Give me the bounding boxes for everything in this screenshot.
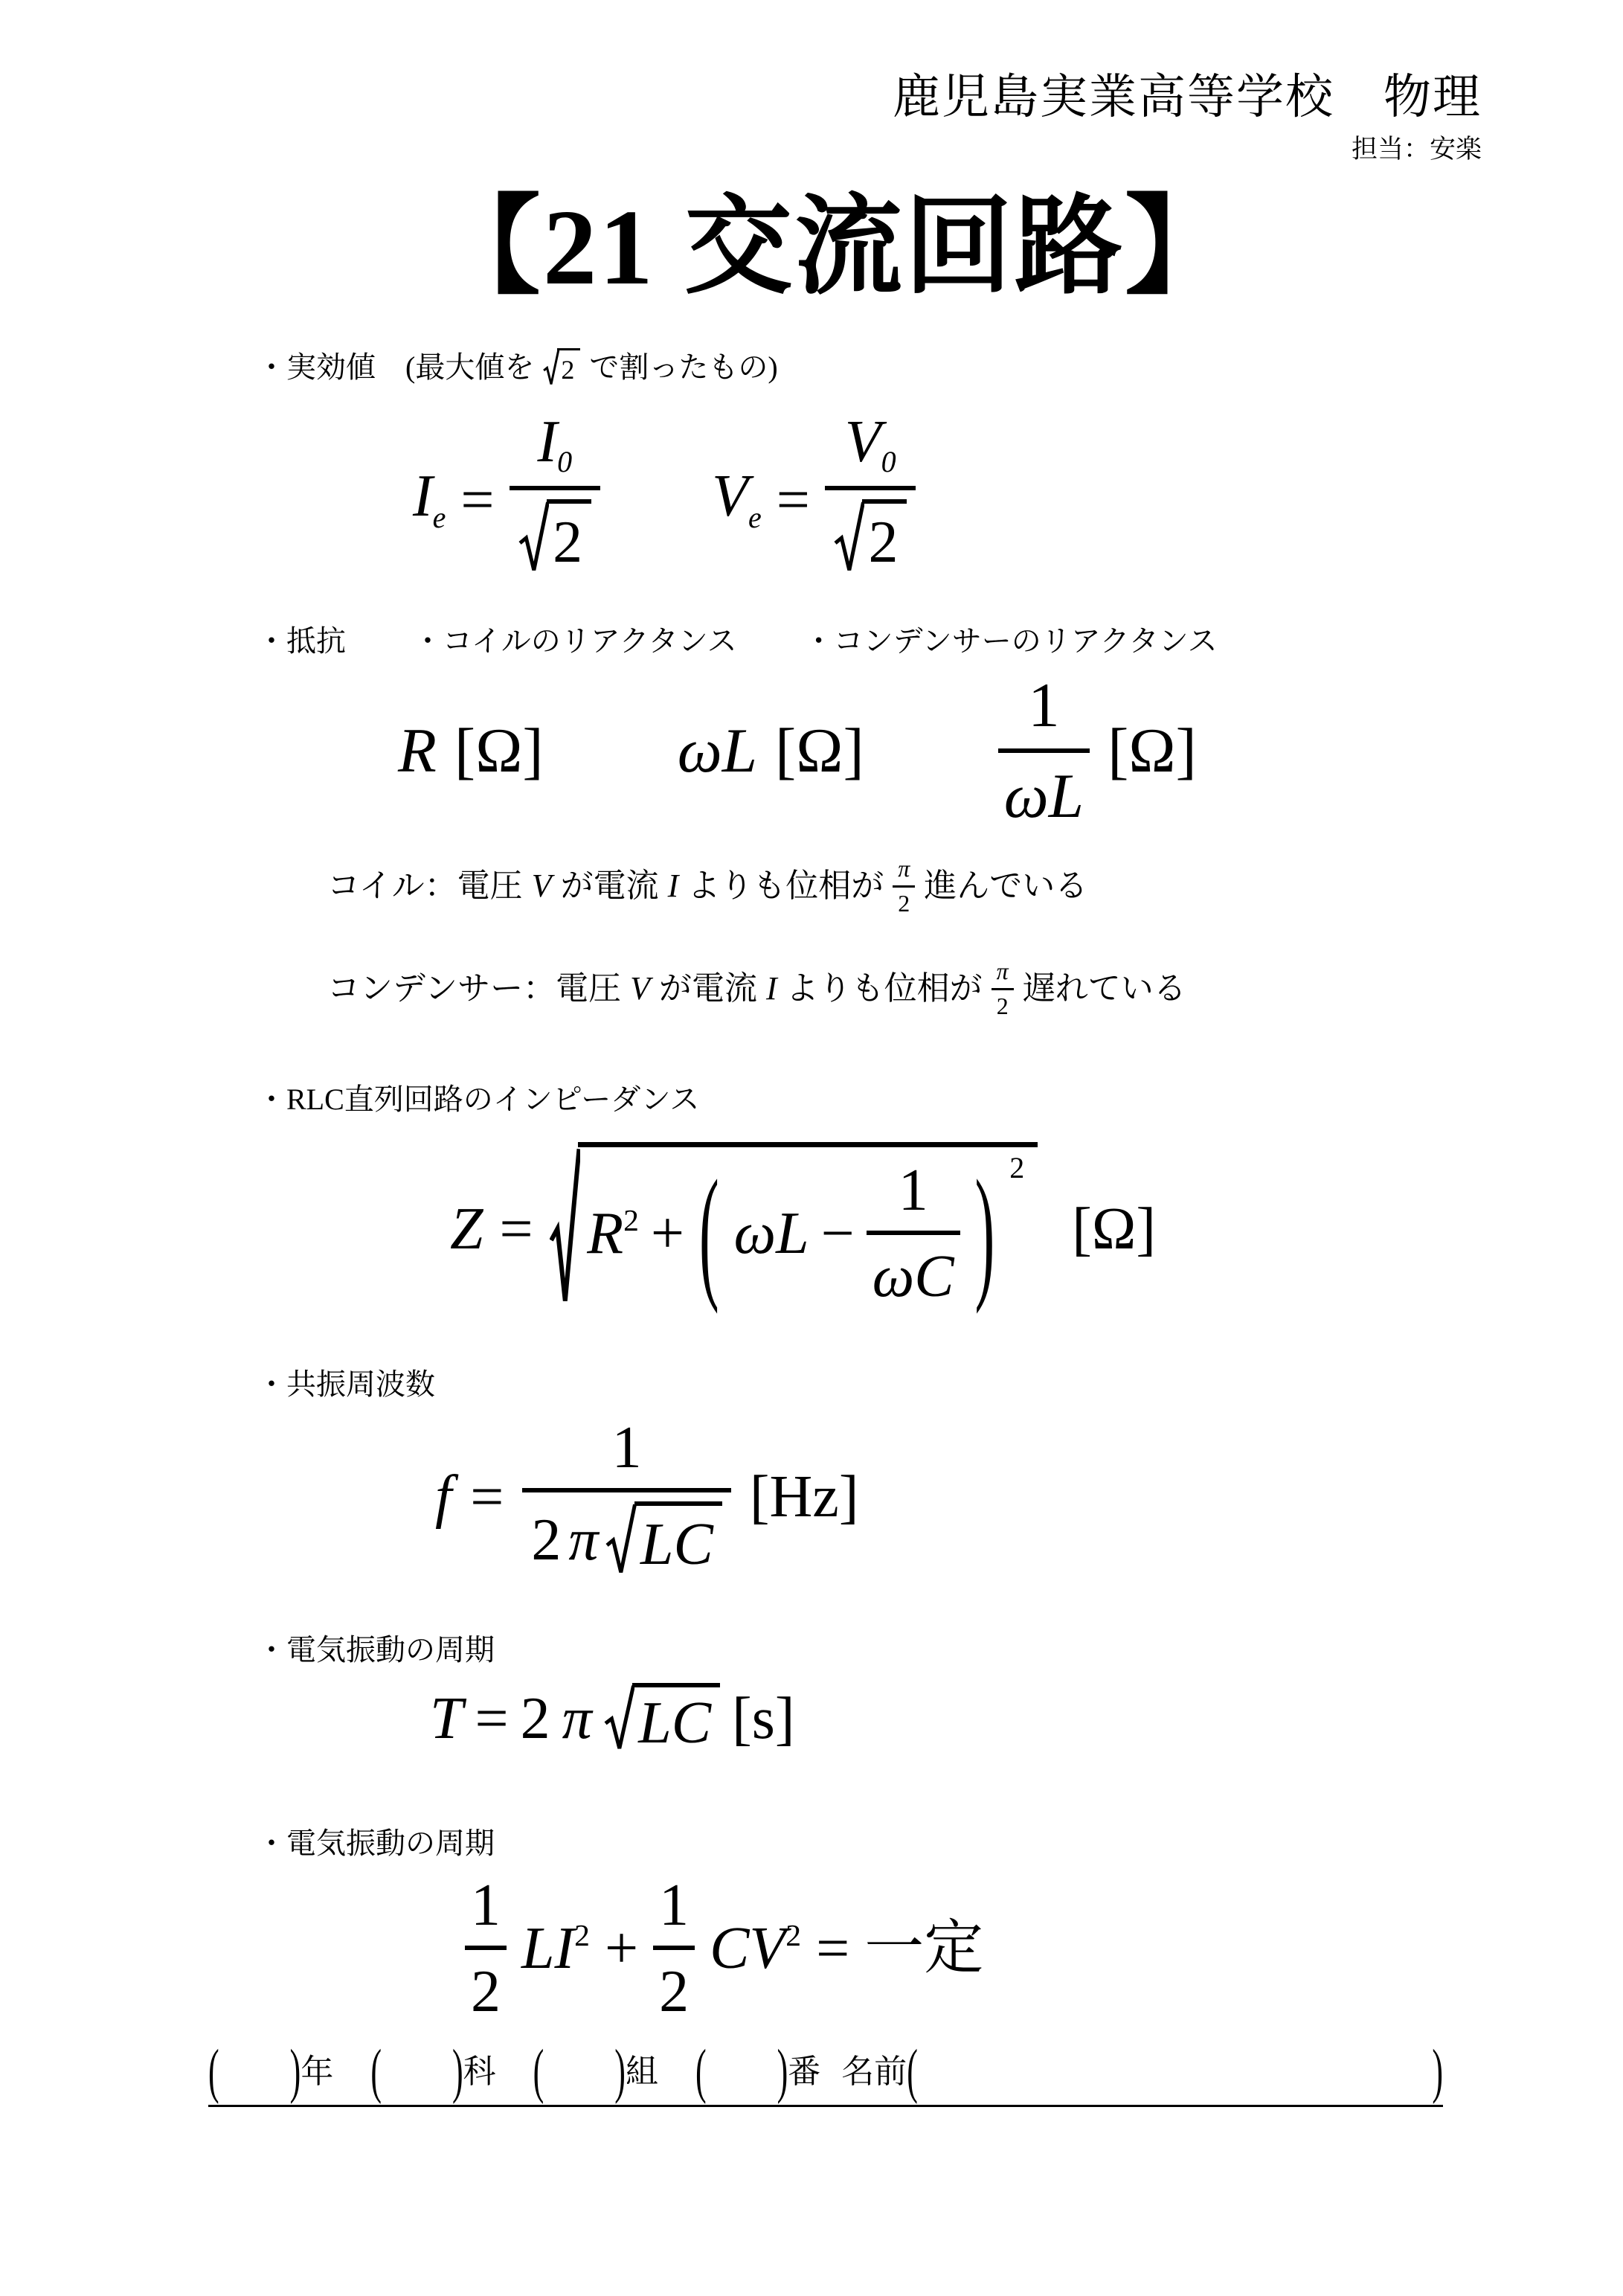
phase-coil-mid1: が電流	[561, 867, 659, 906]
var-Ve: Ve	[712, 466, 762, 533]
sub-0: 0	[557, 445, 572, 478]
var-Ie: Ie	[413, 466, 446, 533]
equals-sign: =	[816, 1919, 849, 1978]
sqrt-arg: 2	[862, 499, 907, 577]
term-CV-squared: CV2	[710, 1919, 801, 1978]
label-class: 組	[626, 2045, 658, 2100]
fraction-numerator: π	[992, 958, 1014, 990]
sup-2: 2	[785, 1918, 801, 1952]
bullet-effective-value-post: で割ったもの)	[589, 348, 777, 387]
var-V: V	[630, 969, 650, 1009]
phase-line-capacitor: コンデンサー：電圧 V が電流 I よりも位相が π 2 遅れている	[327, 958, 1186, 1019]
paren-open: (	[695, 2021, 707, 2123]
fraction-numerator: 1	[465, 1871, 507, 1950]
fraction-denominator: 2	[465, 1950, 507, 2026]
var-Z: Z	[450, 1199, 483, 1259]
school-title: 鹿児島実業高等学校 物理	[893, 71, 1482, 124]
formula-rms-voltage: Ve = V0 2	[712, 408, 916, 591]
bullet-capacitor-reactance: ・コンデンサーのリアクタンス	[804, 622, 1218, 661]
var-L: L	[1049, 761, 1084, 831]
equals-sign: =	[475, 1689, 509, 1748]
sup-2-outer: 2	[1009, 1153, 1024, 1183]
paren-close: )	[1432, 2021, 1443, 2123]
fraction-denominator: ωC	[867, 1235, 960, 1311]
phase-coil-pre: コイル：電圧	[327, 867, 523, 906]
coeff-2: 2	[531, 1507, 561, 1573]
formula-rms-current: Ie = I0 2	[413, 408, 600, 591]
phase-coil-post: 進んでいる	[924, 867, 1087, 906]
constant-label: 一定	[864, 1919, 983, 1978]
fraction-one-half: 1 2	[465, 1871, 507, 2026]
sqrt-LC: LC	[605, 1501, 721, 1579]
formula-rms-row: Ie = I0 2 Ve = V0 2	[413, 408, 916, 591]
phase-cap-post: 遅れている	[1023, 969, 1186, 1009]
fraction-denominator: 2	[653, 1950, 695, 2026]
var-V: V	[712, 464, 748, 529]
sup-2: 2	[574, 1918, 590, 1952]
term-R-squared: R2	[587, 1204, 639, 1263]
fraction-V0-sqrt2: V0 2	[825, 408, 916, 591]
unit-ohm: [Ω]	[1072, 1199, 1156, 1259]
sub-e: e	[433, 501, 446, 534]
var-C: C	[710, 1916, 749, 1981]
var-I: I	[766, 969, 777, 1009]
var-V: V	[532, 867, 552, 906]
var-L: L	[776, 1201, 809, 1266]
coeff-2: 2	[521, 1689, 550, 1748]
paren-open: (	[533, 2021, 544, 2123]
unit-hz: [Hz]	[750, 1467, 859, 1527]
sqrt-sign	[834, 499, 865, 577]
paren-close: )	[777, 2021, 788, 2123]
sqrt-2-inline: 2	[543, 348, 580, 388]
worksheet-page: 鹿児島実業高等学校 物理 担当：安楽 【21 交流回路】 ・実効値 (最大値を …	[0, 0, 1623, 2296]
label-dept: 科	[463, 2045, 496, 2100]
fraction-denominator: 2	[992, 990, 1014, 1020]
var-I: I	[413, 464, 433, 529]
var-I: I	[668, 867, 679, 906]
paren-open: (	[370, 2021, 382, 2123]
var-L: L	[521, 1916, 555, 1981]
sqrt-sign	[518, 499, 550, 577]
formula-oscillation-period: T = 2 π LC [s]	[430, 1683, 795, 1754]
term-omega-L: ωL	[734, 1204, 809, 1263]
label-year: 年	[301, 2045, 333, 2100]
term-LI-squared: LI2	[521, 1919, 590, 1978]
fraction-I0-sqrt2: I0 2	[510, 408, 601, 591]
phase-cap-mid2: よりも位相が	[786, 969, 983, 1009]
phase-coil-mid2: よりも位相が	[687, 867, 884, 906]
bullet-effective-value-pre: ・実効値 (最大値を	[257, 348, 534, 387]
var-V: V	[749, 1916, 785, 1981]
page-title: 【21 交流回路】	[0, 181, 1623, 315]
var-T: T	[430, 1689, 463, 1748]
formula-capacitor-reactance: 1 ωL [Ω]	[998, 670, 1197, 833]
var-I: I	[555, 1916, 575, 1981]
formula-reactance-row: R [Ω] ωL [Ω] 1 ωL [Ω]	[398, 670, 1197, 833]
sqrt-impedance: R2 + ( ωL − 1 ωC ) 2	[550, 1142, 1038, 1315]
bullet-impedance: ・RLC直列回路のインピーダンス	[257, 1080, 699, 1119]
paren-open: (	[907, 2021, 918, 2123]
sup-2: 2	[623, 1203, 639, 1237]
sqrt-sign	[605, 1501, 637, 1579]
fraction-numerator: 1	[998, 670, 1090, 753]
bullet-energy: ・電気振動の周期	[257, 1824, 495, 1863]
fraction-numerator: 1	[867, 1156, 960, 1235]
phase-cap-pre: コンデンサー：電圧	[327, 969, 621, 1009]
denominator-2pi-sqrtLC: 2 π LC	[531, 1501, 722, 1579]
bullet-coil-reactance: ・コイルのリアクタンス	[413, 622, 737, 661]
sub-e: e	[748, 501, 762, 534]
fraction-pi-2: π 2	[992, 958, 1014, 1019]
fraction-numerator: I0	[510, 408, 601, 490]
fraction-1-omegaC: 1 ωC	[867, 1156, 960, 1311]
var-omega: ω	[678, 716, 722, 786]
var-omega: ω	[872, 1244, 914, 1309]
label-name: 名前	[841, 2045, 907, 2100]
var-C: C	[914, 1244, 954, 1309]
sqrt-arg: 2	[557, 348, 580, 388]
sqrt-2: 2	[834, 499, 907, 577]
fraction-numerator: V0	[825, 408, 916, 490]
unit-ohm: [Ω]	[1108, 719, 1197, 783]
var-omega: ω	[734, 1201, 776, 1266]
formula-energy-conservation: 1 2 LI2 + 1 2 CV2 = 一定	[465, 1871, 983, 2026]
var-f: f	[435, 1467, 451, 1527]
phase-cap-mid1: が電流	[659, 969, 757, 1009]
var-R: R	[398, 719, 437, 783]
left-paren: (	[699, 1159, 719, 1308]
equals-sign: =	[500, 1199, 533, 1259]
var-I0: I	[538, 409, 558, 475]
sqrt-arg: LC	[632, 1683, 720, 1754]
fraction-denominator: 2 π LC	[522, 1492, 731, 1580]
label-number: 番	[788, 2045, 820, 2100]
formula-coil-reactance: ωL [Ω]	[678, 719, 864, 783]
sub-0: 0	[881, 445, 896, 478]
var-pi: π	[562, 1689, 592, 1748]
var-L: L	[722, 716, 757, 786]
equals-sign: =	[777, 470, 810, 530]
paren-close: )	[614, 2021, 626, 2123]
var-omega: ω	[1004, 761, 1049, 831]
equals-sign: =	[460, 470, 494, 530]
plus-sign: +	[605, 1919, 638, 1978]
sqrt-2: 2	[518, 499, 592, 577]
unit-s: [s]	[732, 1689, 794, 1748]
bullet-resistance: ・抵抗	[257, 622, 346, 661]
student-info-line: ( ) 年 ( ) 科 ( ) 組 ( ) 番 名前 ( )	[208, 2045, 1443, 2107]
phase-line-coil: コイル：電圧 V が電流 I よりも位相が π 2 進んでいる	[327, 856, 1087, 917]
var-pi: π	[568, 1507, 598, 1573]
paren-close: )	[290, 2021, 301, 2123]
paren-close: )	[452, 2021, 463, 2123]
fraction-numerator: π	[893, 856, 915, 888]
minus-sign: −	[821, 1204, 855, 1263]
bullet-effective-value: ・実効値 (最大値を 2 で割ったもの)	[257, 348, 778, 388]
fraction-denominator: ωL	[998, 753, 1090, 833]
equals-sign: =	[470, 1467, 504, 1527]
unit-ohm: [Ω]	[775, 719, 864, 783]
bullet-oscillation-period: ・電気振動の周期	[257, 1631, 495, 1670]
paren-open: (	[208, 2021, 219, 2123]
sqrt-sign	[604, 1683, 635, 1754]
fraction-numerator: 1	[522, 1414, 731, 1492]
sqrt-LC: LC	[604, 1683, 720, 1754]
sqrt-arg: LC	[634, 1501, 722, 1579]
var-V0: V	[845, 409, 881, 475]
var-R: R	[587, 1201, 623, 1266]
fraction-denominator: 2	[825, 490, 916, 591]
bullet-reactance-row: ・抵抗 ・コイルのリアクタンス ・コンデンサーのリアクタンス	[257, 622, 1218, 661]
sqrt-sign	[543, 348, 559, 388]
sqrt-arg: 2	[547, 499, 591, 577]
formula-resistance: R [Ω]	[398, 719, 544, 783]
fraction-pi-2: π 2	[893, 856, 915, 917]
fraction-denominator: 2	[510, 490, 601, 591]
plus-sign: +	[651, 1204, 684, 1263]
unit-ohm: [Ω]	[454, 719, 544, 783]
right-paren: )	[975, 1159, 995, 1308]
formula-resonance-frequency: f = 1 2 π LC [Hz]	[435, 1414, 858, 1580]
formula-impedance: Z = R2 + ( ωL − 1 ωC ) 2 [Ω]	[450, 1142, 1156, 1315]
fraction-resonance: 1 2 π LC	[522, 1414, 731, 1580]
bullet-resonance-frequency: ・共振周波数	[257, 1365, 435, 1404]
fraction-1-omegaL: 1 ωL	[998, 670, 1090, 833]
sqrt-body: R2 + ( ωL − 1 ωC ) 2	[578, 1142, 1038, 1315]
sqrt-sign	[550, 1142, 581, 1315]
fraction-denominator: 2	[893, 888, 915, 917]
var-omega-L: ωL	[678, 719, 757, 783]
fraction-numerator: 1	[653, 1871, 695, 1950]
fraction-one-half: 1 2	[653, 1871, 695, 2026]
teacher-credit: 担当：安楽	[1352, 135, 1482, 164]
